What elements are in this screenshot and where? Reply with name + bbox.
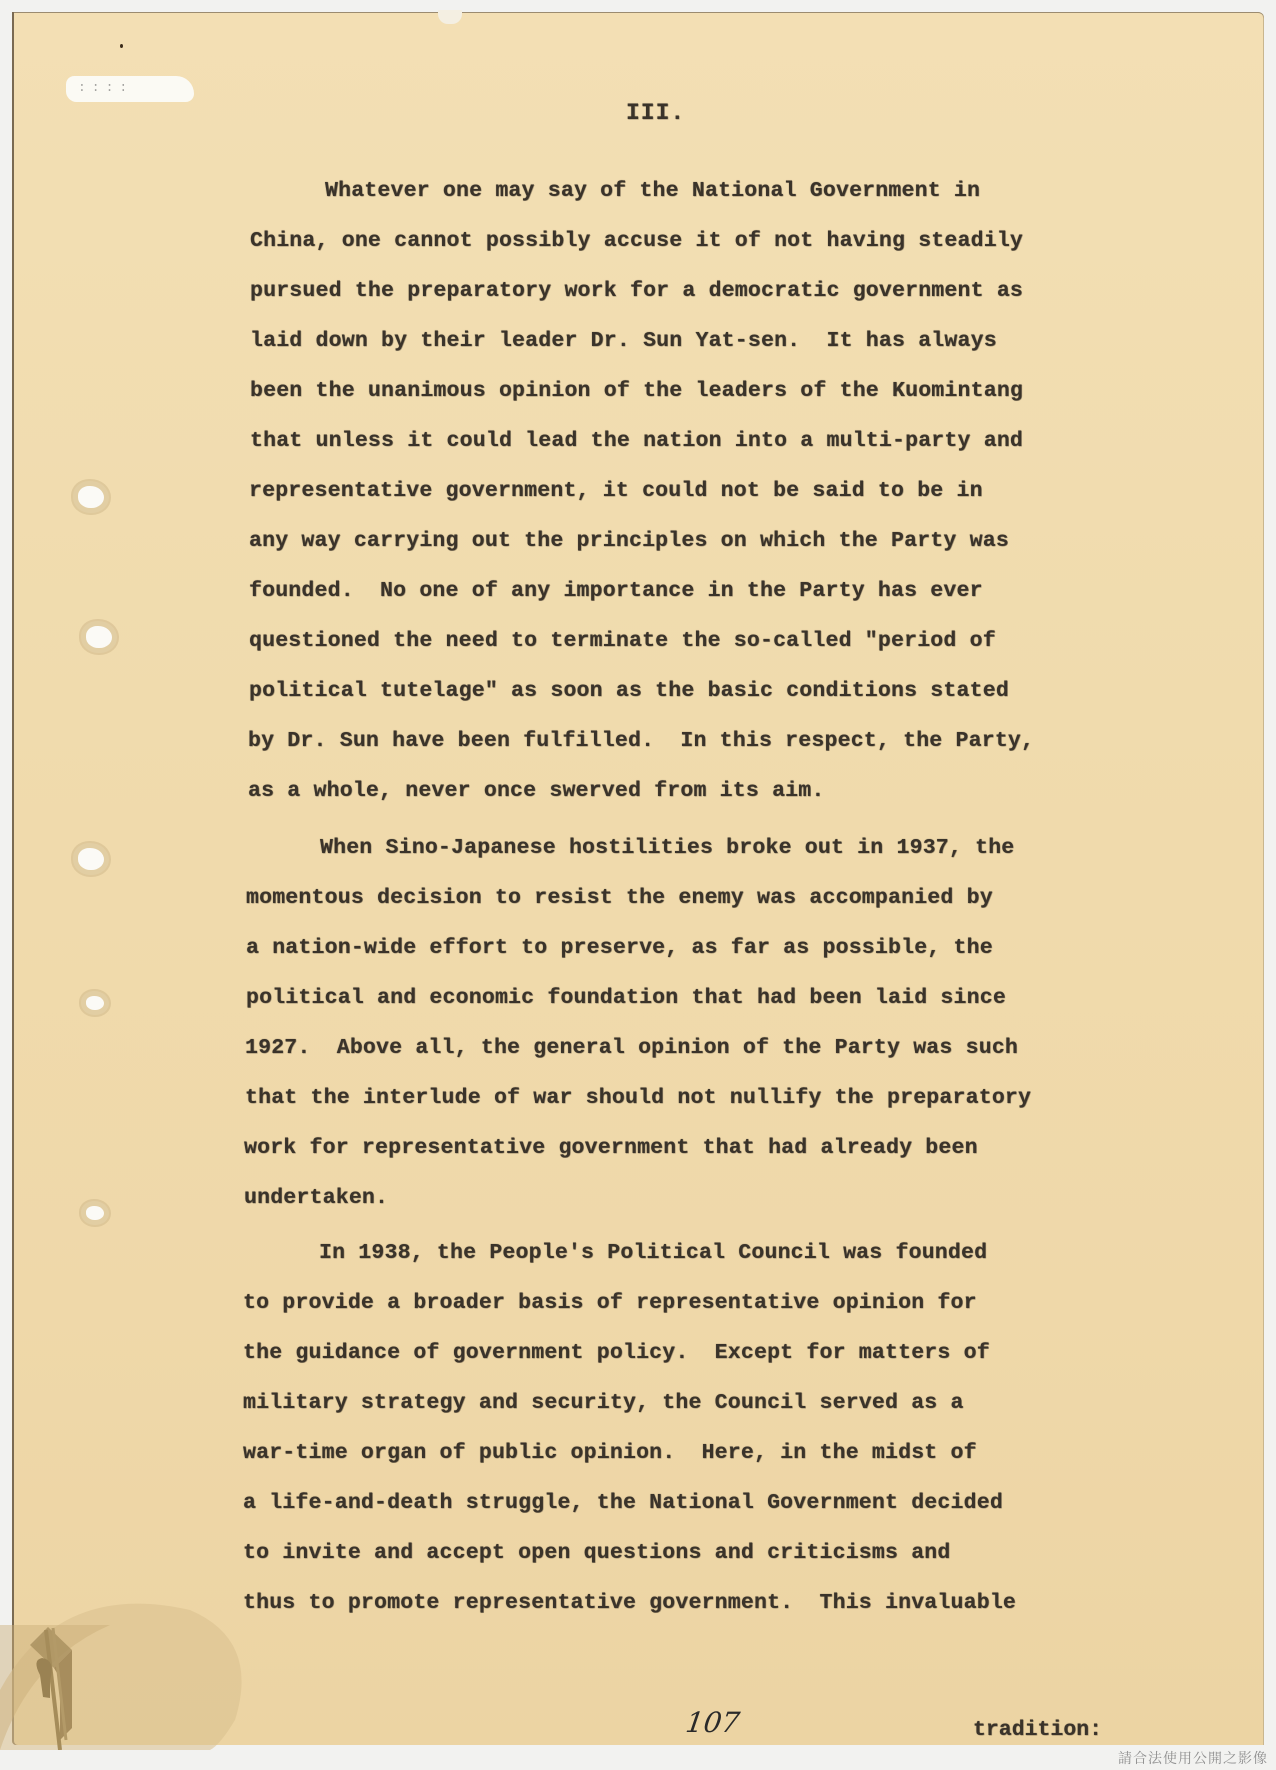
text-line: that unless it could lead the nation int… — [250, 428, 1023, 454]
text-line: undertaken. — [244, 1185, 388, 1211]
text-line: China, one cannot possibly accuse it of … — [250, 228, 1023, 254]
text-line: founded. No one of any importance in the… — [249, 578, 983, 604]
text-line: laid down by their leader Dr. Sun Yat-se… — [250, 328, 997, 354]
text-line: been the unanimous opinion of the leader… — [250, 378, 1023, 404]
text-line: military strategy and security, the Coun… — [243, 1390, 964, 1416]
text-line: that the interlude of war should not nul… — [245, 1085, 1031, 1111]
text-line: work for representative government that … — [244, 1135, 978, 1161]
text-line: any way carrying out the principles on w… — [249, 528, 1009, 554]
text-line: momentous decision to resist the enemy w… — [246, 885, 993, 911]
text-line: a life-and-death struggle, the National … — [243, 1490, 1003, 1516]
text-line: pursued the preparatory work for a democ… — [250, 278, 1023, 304]
text-line: to provide a broader basis of representa… — [243, 1290, 977, 1316]
typewritten-document: III. Whatever one may say of the Nationa… — [0, 0, 1276, 1770]
text-line: a nation-wide effort to preserve, as far… — [246, 935, 993, 961]
text-line: to invite and accept open questions and … — [243, 1540, 951, 1566]
text-line: When Sino-Japanese hostilities broke out… — [320, 835, 1014, 861]
text-line: as a whole, never once swerved from its … — [248, 778, 825, 804]
text-line: Whatever one may say of the National Gov… — [325, 178, 980, 204]
text-line: representative government, it could not … — [249, 478, 983, 504]
text-line: thus to promote representative governmen… — [243, 1590, 1016, 1616]
handwritten-page-number: 107 — [684, 1706, 742, 1739]
text-line: In 1938, the People's Political Council … — [319, 1240, 987, 1266]
usage-notice: 請合法使用公開之影像 — [1118, 1748, 1268, 1768]
text-line: war-time organ of public opinion. Here, … — [243, 1440, 977, 1466]
text-line: political and economic foundation that h… — [246, 985, 1006, 1011]
text-line: the guidance of government policy. Excep… — [243, 1340, 990, 1366]
catchword: tradition: — [973, 1718, 1102, 1742]
section-heading: III. — [626, 100, 685, 126]
text-line: by Dr. Sun have been fulfilled. In this … — [248, 728, 1034, 754]
text-line: 1927. Above all, the general opinion of … — [245, 1035, 1018, 1061]
text-line: political tutelage" as soon as the basic… — [249, 678, 1009, 704]
scanned-page: :::: III. Whatever one may say of the Na… — [0, 0, 1276, 1770]
text-line: questioned the need to terminate the so-… — [249, 628, 996, 654]
